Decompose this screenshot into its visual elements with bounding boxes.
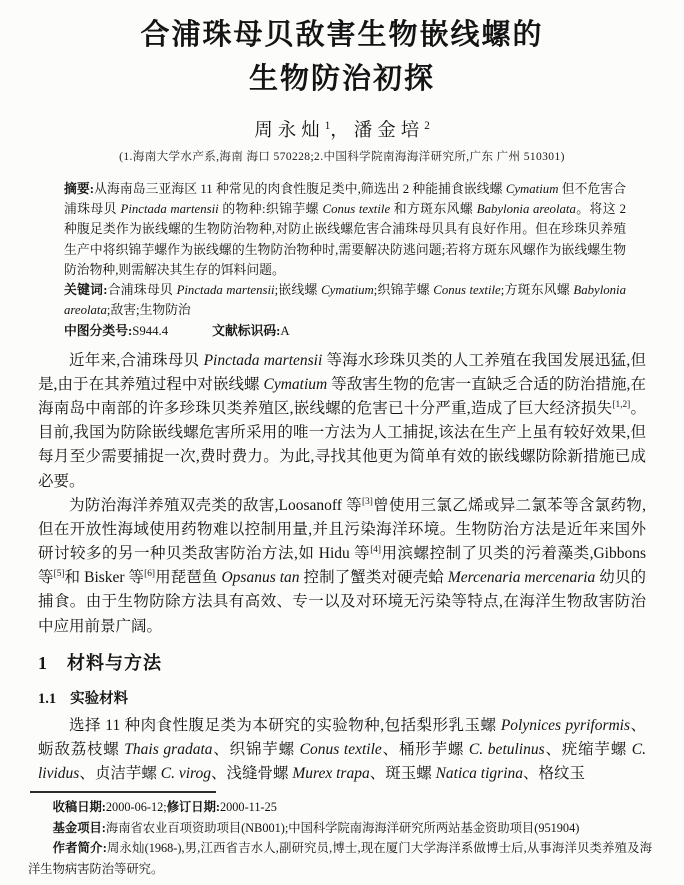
section-1-heading: 1材料与方法 — [38, 649, 646, 675]
doc-code-value: A — [280, 324, 289, 338]
footnote-author-bio: 作者简介:周永灿(1968-),男,江西省吉水人,副研究员,博士,现在厦门大学海… — [28, 838, 652, 879]
journal-page: 合浦珠母贝敌害生物嵌线螺的 生物防治初探 周永灿1，潘金培2 (1.海南大学水产… — [0, 0, 684, 885]
abstract-paragraph: 摘要:从海南岛三亚海区 11 种常见的肉食性腹足类中,筛选出 2 种能捕食嵌线螺… — [64, 179, 626, 280]
paper-title-line2: 生物防治初探 — [20, 58, 664, 102]
authors-line: 周永灿1，潘金培2 — [0, 116, 684, 142]
footnote-fund-project: 基金项目:海南省农业百项资助项目(NB001);中国科学院南海海洋研究所两站基金… — [28, 818, 652, 838]
section-1-1-number: 1.1 — [38, 691, 56, 707]
clc-value: S944.4 — [132, 324, 168, 338]
intro-paragraph-1: 近年来,合浦珠母贝 Pinctada martensii 等海水珍珠贝类的人工养… — [38, 349, 646, 494]
intro-paragraph-2: 为防治海洋养殖双壳类的敌害,Loosanoff 等[3]曾使用三氯乙烯或异二氯苯… — [38, 494, 646, 639]
clc-label: 中图分类号: — [64, 324, 132, 338]
paper-title: 合浦珠母贝敌害生物嵌线螺的 生物防治初探 — [20, 14, 664, 101]
footnote-dates: 收稿日期:2000-06-12;修订日期:2000-11-25 — [28, 797, 652, 817]
keywords-paragraph: 关键词:合浦珠母贝 Pinctada martensii;嵌线螺 Cymatiu… — [64, 280, 626, 320]
materials-paragraph: 选择 11 种肉食性腹足类为本研究的实验物种,包括梨形乳玉螺 Polynices… — [38, 714, 646, 787]
footnote-block: 收稿日期:2000-06-12;修订日期:2000-11-25 基金项目:海南省… — [28, 791, 652, 879]
section-1-1-title: 实验材料 — [70, 691, 128, 707]
paper-title-line1: 合浦珠母贝敌害生物嵌线螺的 — [20, 14, 664, 58]
section-1-1-heading: 1.1实验材料 — [38, 687, 646, 708]
affiliation-line: (1.海南大学水产系,海南 海口 570228;2.中国科学院南海海洋研究所,广… — [0, 148, 684, 164]
section-1-title: 材料与方法 — [67, 653, 162, 673]
front-matter: 摘要:从海南岛三亚海区 11 种常见的肉食性腹足类中,筛选出 2 种能捕食嵌线螺… — [64, 179, 626, 341]
doc-code-label: 文献标识码: — [212, 324, 280, 338]
classification-line: 中图分类号:S944.4文献标识码:A — [64, 321, 626, 341]
section-1-number: 1 — [38, 653, 47, 673]
footnote-separator — [30, 791, 216, 793]
